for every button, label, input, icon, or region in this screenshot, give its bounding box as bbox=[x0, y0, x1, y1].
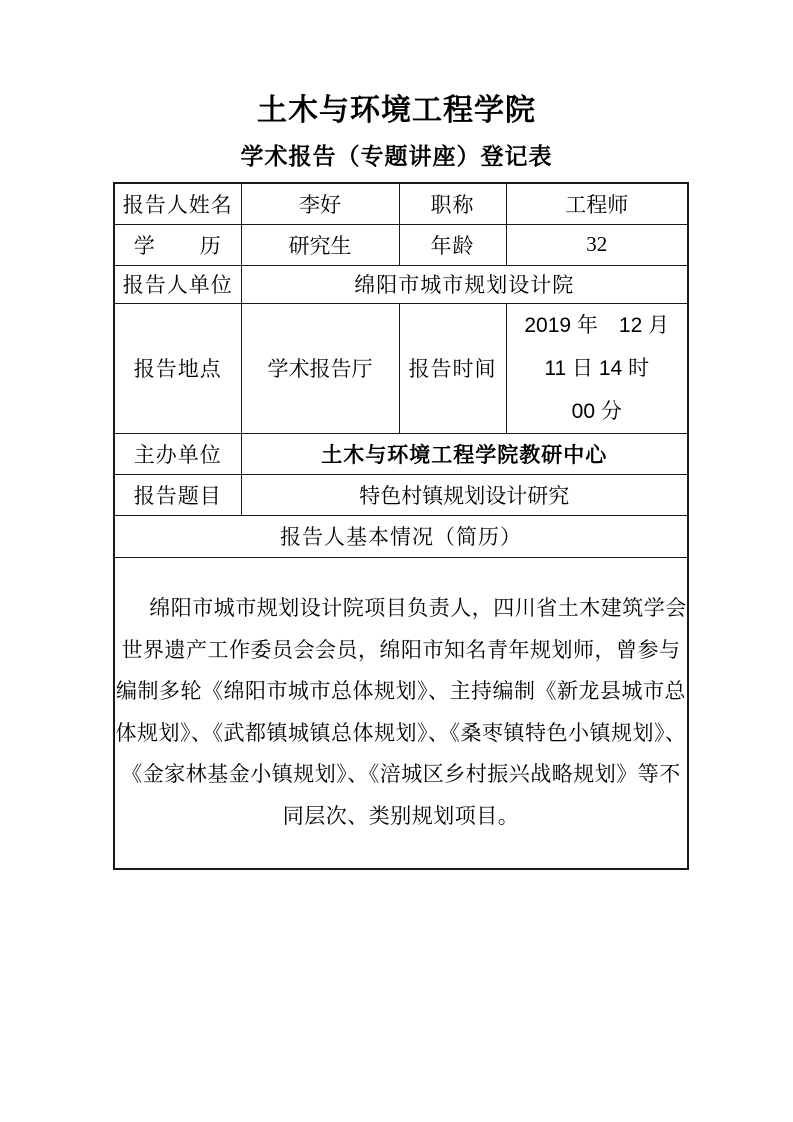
education-label: 学 历 bbox=[114, 224, 241, 265]
report-topic-value: 特色村镇规划设计研究 bbox=[241, 474, 688, 515]
profile-bio-text: 绵阳市城市规划设计院项目负责人，四川省土木建筑学会世界遗产工作委员会会员，绵阳市… bbox=[114, 557, 688, 869]
table-row: 报告题目 特色村镇规划设计研究 bbox=[114, 474, 688, 515]
job-title-value: 工程师 bbox=[506, 183, 688, 224]
table-row: 绵阳市城市规划设计院项目负责人，四川省土木建筑学会世界遗产工作委员会会员，绵阳市… bbox=[114, 557, 688, 869]
registration-table: 报告人姓名 李好 职称 工程师 学 历 研究生 年龄 32 报告人单位 绵阳市城… bbox=[113, 182, 689, 870]
table-row: 报告人姓名 李好 职称 工程师 bbox=[114, 183, 688, 224]
table-row: 报告地点 学术报告厅 报告时间 2019 年 12 月 11 日 14 时 00… bbox=[114, 303, 688, 433]
education-value: 研究生 bbox=[241, 224, 399, 265]
report-topic-label: 报告题目 bbox=[114, 474, 241, 515]
table-row: 报告人基本情况（简历） bbox=[114, 515, 688, 557]
report-time-value: 2019 年 12 月 11 日 14 时 00 分 bbox=[506, 303, 688, 433]
profile-section-header: 报告人基本情况（简历） bbox=[114, 515, 688, 557]
table-row: 主办单位 土木与环境工程学院教研中心 bbox=[114, 433, 688, 474]
document-page: 土木与环境工程学院 学术报告（专题讲座）登记表 报告人姓名 李好 职称 工程师 … bbox=[0, 0, 793, 1122]
host-unit-value: 土木与环境工程学院教研中心 bbox=[241, 433, 688, 474]
report-place-label: 报告地点 bbox=[114, 303, 241, 433]
report-time-label: 报告时间 bbox=[399, 303, 506, 433]
job-title-label: 职称 bbox=[399, 183, 506, 224]
document-subtitle: 学术报告（专题讲座）登记表 bbox=[0, 141, 793, 171]
host-unit-label: 主办单位 bbox=[114, 433, 241, 474]
reporter-unit-label: 报告人单位 bbox=[114, 265, 241, 303]
reporter-name-value: 李好 bbox=[241, 183, 399, 224]
reporter-unit-value: 绵阳市城市规划设计院 bbox=[241, 265, 688, 303]
age-value: 32 bbox=[506, 224, 688, 265]
table-row: 学 历 研究生 年龄 32 bbox=[114, 224, 688, 265]
age-label: 年龄 bbox=[399, 224, 506, 265]
table-row: 报告人单位 绵阳市城市规划设计院 bbox=[114, 265, 688, 303]
report-place-value: 学术报告厅 bbox=[241, 303, 399, 433]
reporter-name-label: 报告人姓名 bbox=[114, 183, 241, 224]
document-title: 土木与环境工程学院 bbox=[0, 93, 793, 129]
